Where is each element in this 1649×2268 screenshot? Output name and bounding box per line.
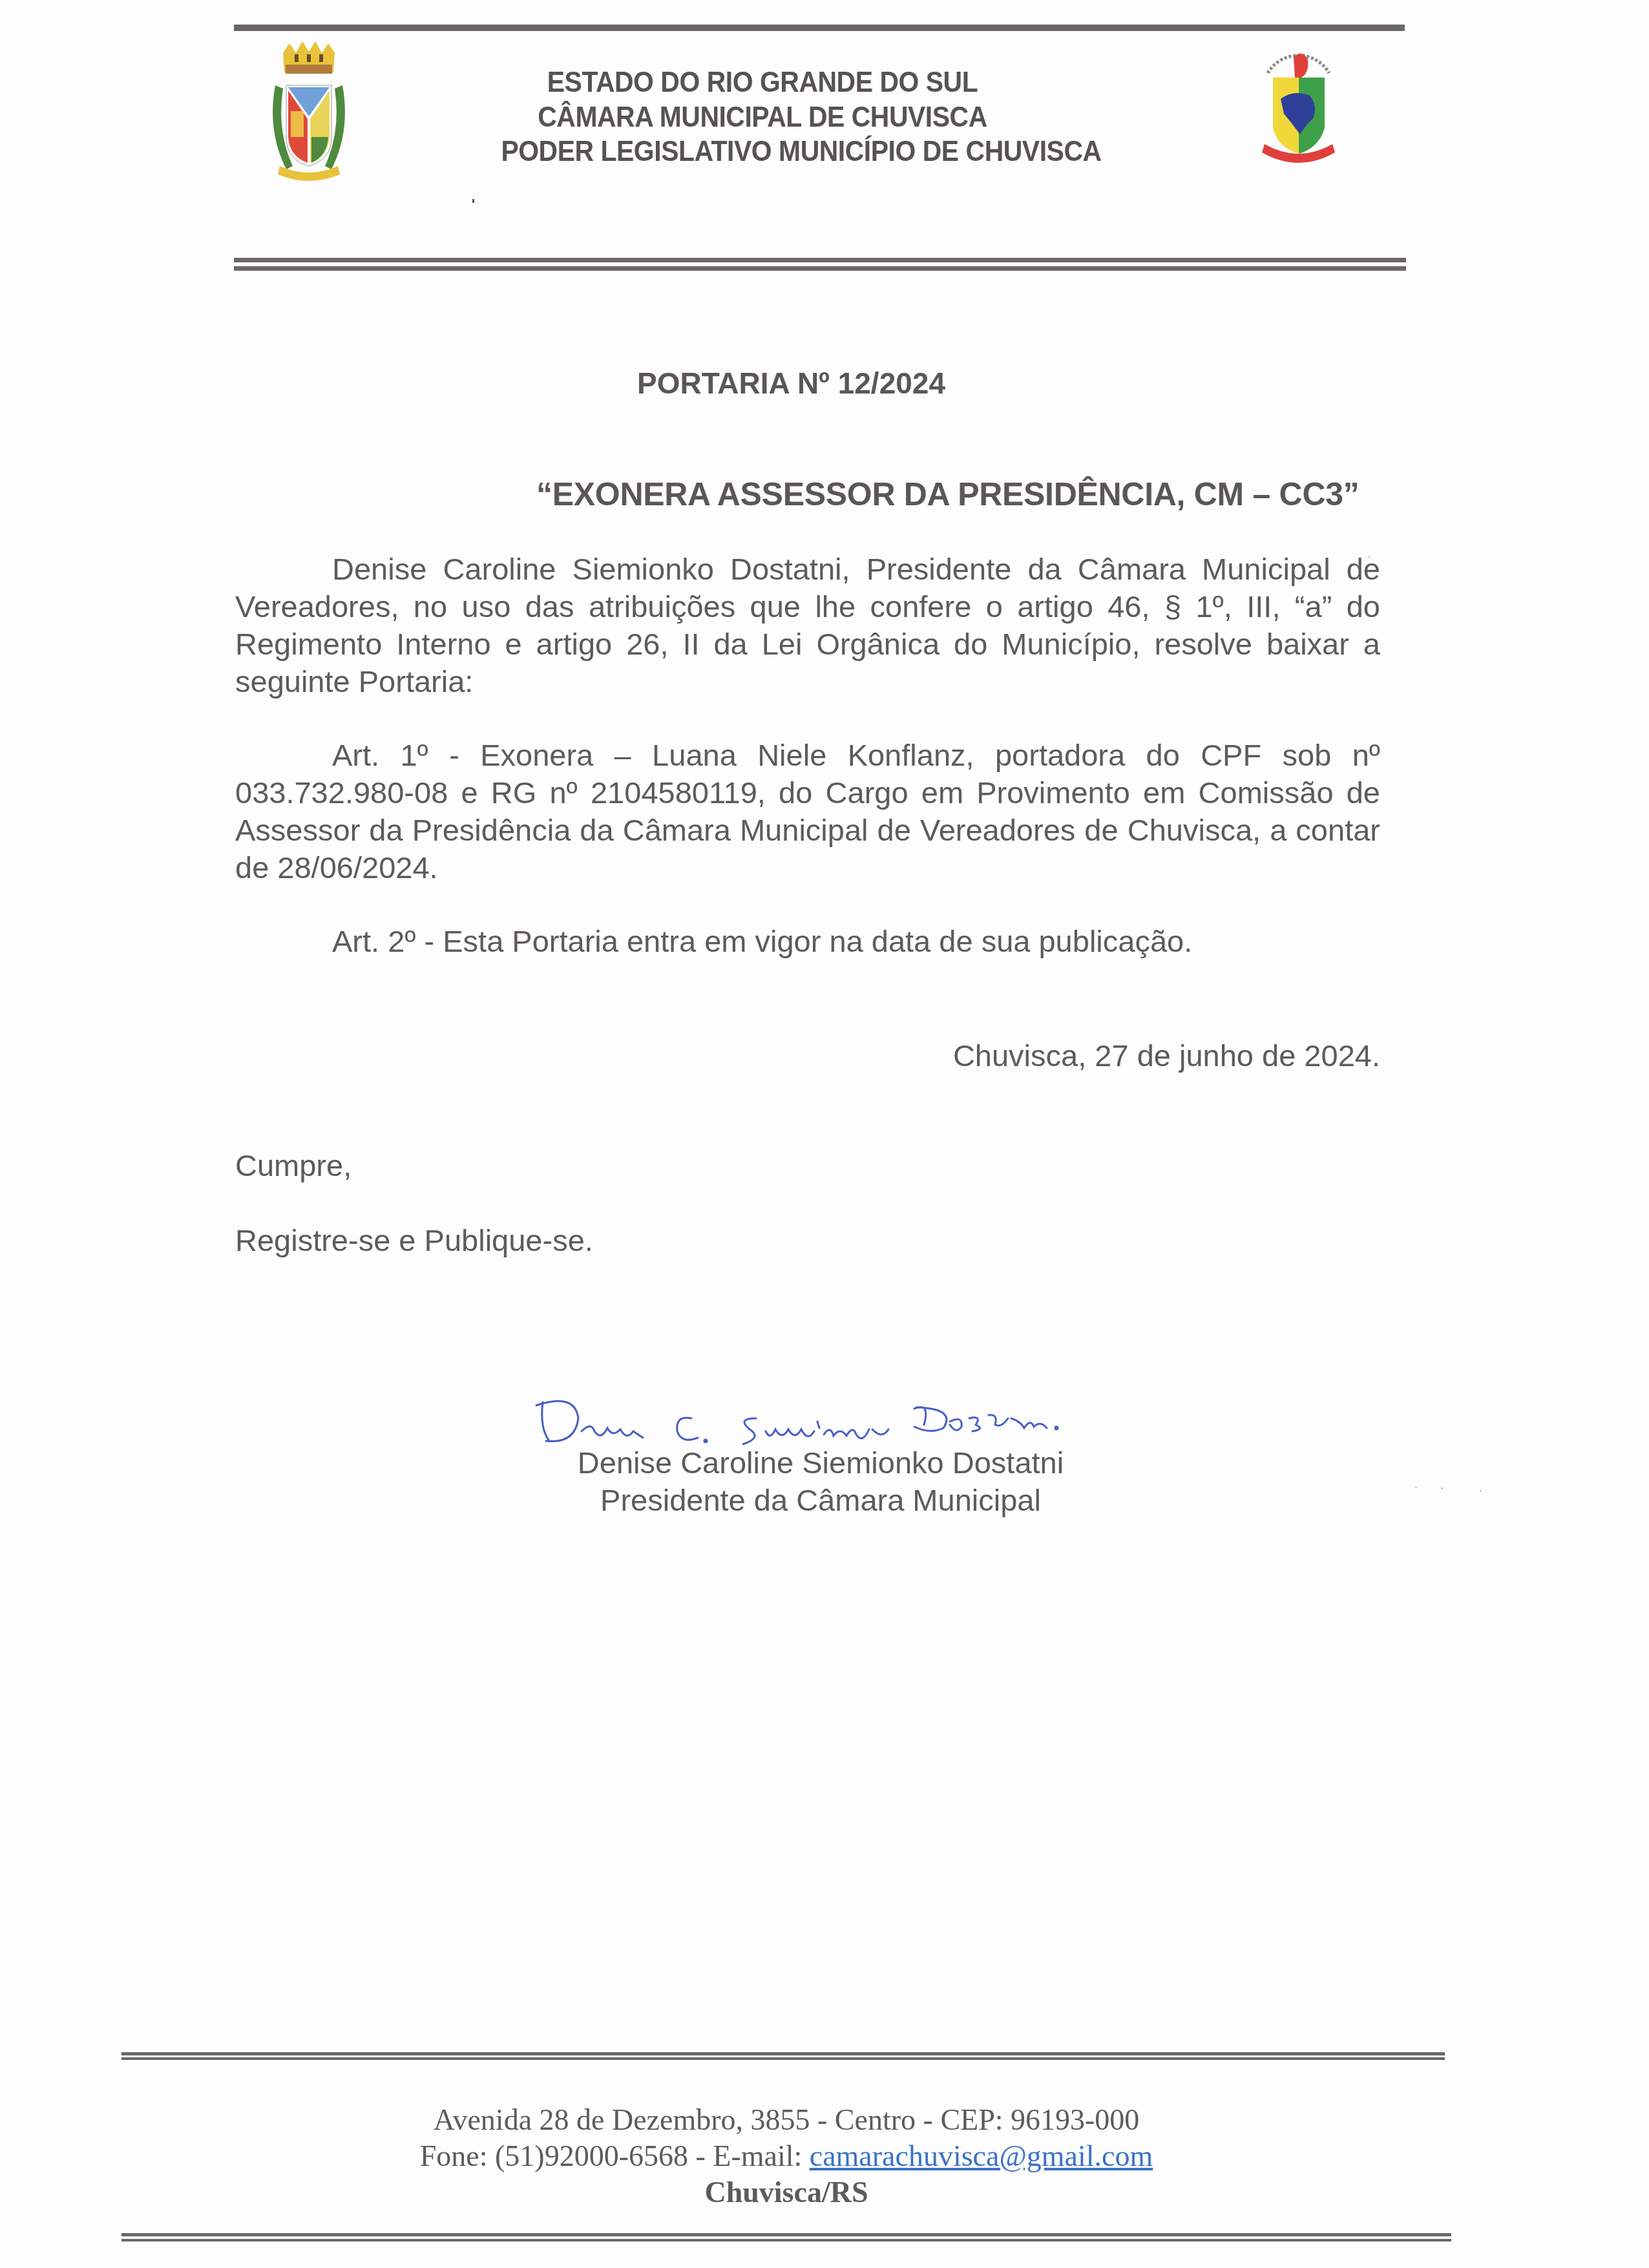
- signatory-role: Presidente da Câmara Municipal: [530, 1482, 1111, 1518]
- header-legislative-line: PODER LEGISLATIVO MUNICÍPIO DE CHUVISCA: [390, 136, 1213, 168]
- footer-address: Avenida 28 de Dezembro, 3855 - Centro - …: [121, 2103, 1451, 2137]
- header-top-rule: [234, 25, 1405, 31]
- document-subtitle: “EXONERA ASSESSOR DA PRESIDÊNCIA, CM – C…: [536, 476, 1359, 513]
- footer-contact: Fone: (51)92000-6568 - E-mail: camarachu…: [121, 2139, 1451, 2173]
- footer-phone: Fone: (51)92000-6568 - E-mail:: [420, 2139, 810, 2172]
- signatory-name: Denise Caroline Siemionko Dostatni: [530, 1445, 1111, 1480]
- header-state-line: ESTADO DO RIO GRANDE DO SUL: [387, 67, 1139, 99]
- document-title: PORTARIA Nº 12/2024: [637, 366, 945, 401]
- legislative-emblem-icon: [1255, 37, 1342, 167]
- header-bottom-rule: [234, 258, 1406, 262]
- article-1-paragraph: Art. 1º - Exonera – Luana Niele Konflanz…: [235, 737, 1380, 887]
- article-1-text: Art. 1º - Exonera – Luana Niele Konflanz…: [235, 738, 1380, 885]
- footer-email-link[interactable]: camarachuvisca@gmail.com: [810, 2139, 1153, 2172]
- intro-text: Denise Caroline Siemionko Dostatni, Pres…: [235, 552, 1380, 698]
- footer-city: Chuvisca/RS: [121, 2175, 1451, 2209]
- article-2-paragraph: Art. 2º - Esta Portaria entra em vigor n…: [332, 923, 1431, 960]
- footer-bottom-rule: [121, 2233, 1451, 2236]
- header-chamber-line: CÂMARA MUNICIPAL DE CHUVISCA: [387, 101, 1139, 134]
- header-bottom-rule-2: [234, 266, 1406, 271]
- dateline: Chuvisca, 27 de junho de 2024.: [953, 1038, 1380, 1073]
- intro-paragraph: Denise Caroline Siemionko Dostatni, Pres…: [235, 551, 1380, 700]
- footer-bottom-rule-2: [121, 2239, 1451, 2242]
- scan-speck: [1480, 1490, 1482, 1492]
- closing-register: Registre-se e Publique-se.: [235, 1223, 593, 1258]
- footer-top-rule-2: [121, 2057, 1445, 2060]
- municipal-coat-of-arms-icon: [264, 40, 354, 189]
- document-page: ESTADO DO RIO GRANDE DO SUL CÂMARA MUNIC…: [0, 0, 1649, 2268]
- scan-speck: [1441, 1487, 1443, 1489]
- scan-speck: [1369, 556, 1371, 558]
- scan-speck: [1415, 1486, 1417, 1488]
- scan-mark: [472, 199, 474, 203]
- footer-top-rule: [121, 2052, 1445, 2055]
- closing-cumpre: Cumpre,: [235, 1148, 352, 1183]
